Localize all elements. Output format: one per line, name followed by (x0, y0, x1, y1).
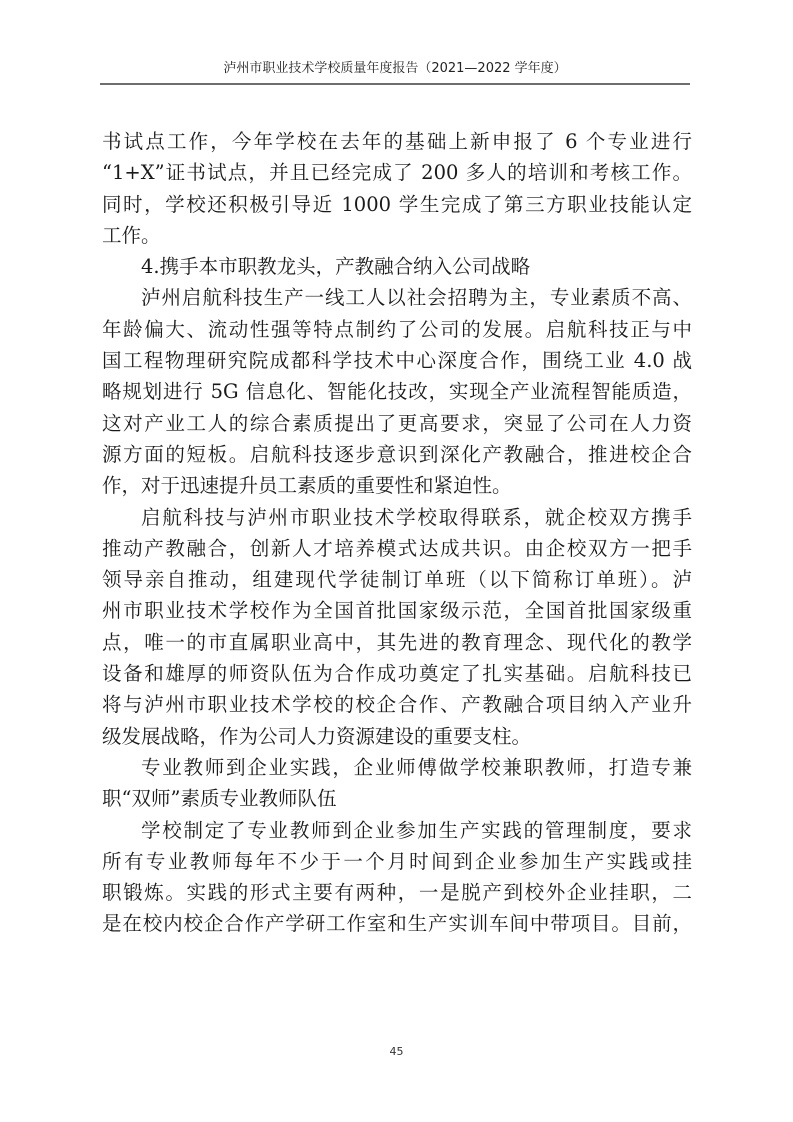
text-line: 职“双师”素质专业教师队伍 (102, 783, 692, 814)
section-heading-4: 4.携手本市职教龙头，产教融合纳入公司战略 (102, 251, 692, 282)
text-line: 所有专业教师每年不少于一个月时间到企业参加生产实践或挂 (102, 846, 692, 877)
paragraph-3: 启航科技与泸州市职业技术学校取得联系，就企校双方携手 推动产教融合，创新人才培养… (102, 502, 692, 752)
text-line: 级发展战略，作为公司人力资源建设的重要支柱。 (102, 721, 692, 752)
body-text: 书试点工作，今年学校在去年的基础上新申报了 6 个专业进行 “1+X”证书试点，… (102, 126, 692, 940)
text-line: 工作。 (102, 220, 692, 251)
paragraph-2: 泸州启航科技生产一线工人以社会招聘为主，专业素质不高、 年龄偏大、流动性强等特点… (102, 282, 692, 501)
text-line: 略规划进行 5G 信息化、智能化技改，实现全产业流程智能质造， (102, 376, 692, 407)
text-line: 国工程物理研究院成都科学技术中心深度合作，围绕工业 4.0 战 (102, 345, 692, 376)
paragraph-5: 学校制定了专业教师到企业参加生产实践的管理制度，要求 所有专业教师每年不少于一个… (102, 815, 692, 940)
page-header: 泸州市职业技术学校质量年度报告（2021—2022 学年度） (100, 60, 690, 78)
text-line: “1+X”证书试点，并且已经完成了 200 多人的培训和考核工作。 (102, 157, 692, 188)
text-line: 同时，学校还积极引导近 1000 学生完成了第三方职业技能认定 (102, 189, 692, 220)
paragraph-4: 专业教师到企业实践，企业师傅做学校兼职教师，打造专兼 职“双师”素质专业教师队伍 (102, 752, 692, 815)
text-line: 将与泸州市职业技术学校的校企合作、产教融合项目纳入产业升 (102, 689, 692, 720)
header-divider (100, 83, 690, 85)
text-line: 设备和雄厚的师资队伍为合作成功奠定了扎实基础。启航科技已 (102, 658, 692, 689)
text-line: 学校制定了专业教师到企业参加生产实践的管理制度，要求 (102, 815, 692, 846)
page-number: 45 (0, 1045, 793, 1058)
heading-line: 4.携手本市职教龙头，产教融合纳入公司战略 (102, 251, 692, 282)
text-line: 是在校内校企合作产学研工作室和生产实训车间中带项目。目前， (102, 908, 692, 939)
text-line: 源方面的短板。启航科技逐步意识到深化产教融合，推进校企合 (102, 439, 692, 470)
text-line: 职锻炼。实践的形式主要有两种，一是脱产到校外企业挂职，二 (102, 877, 692, 908)
text-line: 泸州启航科技生产一线工人以社会招聘为主，专业素质不高、 (102, 282, 692, 313)
text-line: 启航科技与泸州市职业技术学校取得联系，就企校双方携手 (102, 502, 692, 533)
text-line: 专业教师到企业实践，企业师傅做学校兼职教师，打造专兼 (102, 752, 692, 783)
text-line: 书试点工作，今年学校在去年的基础上新申报了 6 个专业进行 (102, 126, 692, 157)
text-line: 点，唯一的市直属职业高中，其先进的教育理念、现代化的教学 (102, 627, 692, 658)
paragraph-1: 书试点工作，今年学校在去年的基础上新申报了 6 个专业进行 “1+X”证书试点，… (102, 126, 692, 251)
text-line: 这对产业工人的综合素质提出了更高要求，突显了公司在人力资 (102, 408, 692, 439)
text-line: 年龄偏大、流动性强等特点制约了公司的发展。启航科技正与中 (102, 314, 692, 345)
text-line: 作，对于迅速提升员工素质的重要性和紧迫性。 (102, 470, 692, 501)
text-line: 领导亲自推动，组建现代学徒制订单班（以下简称订单班）。泸 (102, 564, 692, 595)
text-line: 推动产教融合，创新人才培养模式达成共识。由企校双方一把手 (102, 533, 692, 564)
text-line: 州市职业技术学校作为全国首批国家级示范，全国首批国家级重 (102, 595, 692, 626)
